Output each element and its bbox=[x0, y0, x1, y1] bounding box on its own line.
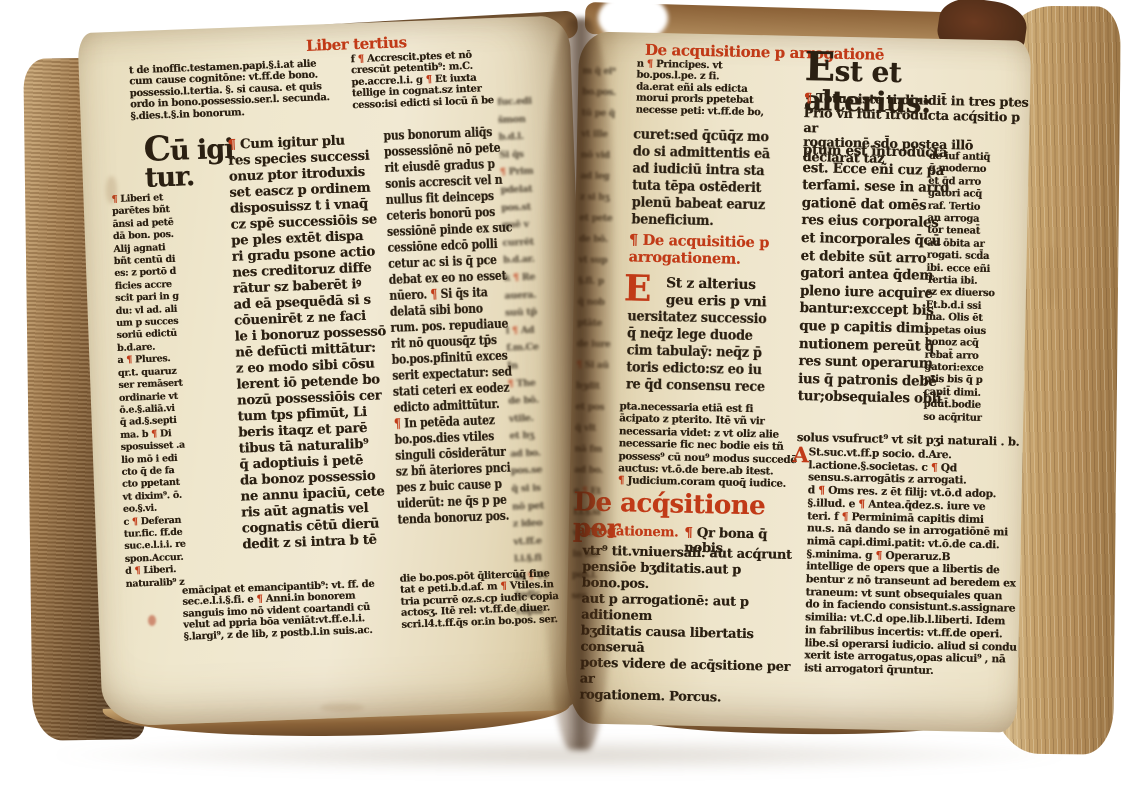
right-col1-top-notes: n ¶ Principes. vt bo.pos.l.pe. z fi. da.… bbox=[636, 59, 805, 120]
left-text-column-1: ¶ Cum igitur plu res species successi on… bbox=[227, 132, 410, 554]
right-est-rest-lines: uersitatez successio q̄ neq̄z lege duode… bbox=[626, 308, 784, 396]
left-bottom-note-b: die bo.pos.pōt q̄litercūq̄ fine tat e pe… bbox=[399, 567, 591, 631]
right-page: De acquisitione p arrogationē m q̄ ei⁹ b… bbox=[565, 31, 1031, 732]
right-est-first-lines: St z alterius geu eris p vni bbox=[665, 275, 796, 312]
book-photo: { "palette":{ "background":"#ffffff","pa… bbox=[0, 0, 1142, 792]
left-top-note-a: t de inoffic.testamen.papi.§.i.at alie c… bbox=[129, 58, 343, 123]
right-col1-bottom-paragraph: vtr⁹ tit.vniuersali. aut acq́runt pensiō… bbox=[579, 544, 802, 709]
lombard-initial-a: A bbox=[792, 444, 808, 465]
right-margin-notes: de iuf antiq̄ q̄ moderno et q̄d arro gat… bbox=[923, 151, 1025, 426]
right-bottom-block: St.suc.vt.ff.p socio. d.Are. l.actione.§… bbox=[804, 446, 1023, 679]
left-page: Liber tertius t de inoffic.testamen.papi… bbox=[77, 15, 594, 727]
left-bottom-note-a: emācipat et emancipantib⁹: vt. ff. de se… bbox=[182, 577, 419, 643]
left-gutter-column: fuc.edi s̄mon b.d.l. Si q̄s ¶ Prim pdela… bbox=[497, 92, 578, 622]
lombard-initial-e: E bbox=[624, 270, 652, 307]
right-section-heading: ¶ De acquisitiōe p arrogationem. bbox=[628, 232, 799, 269]
book-shadow bbox=[40, 738, 1080, 772]
right-col1-paragraph: curet:sed q̄cūq̄z mo do si admittentis e… bbox=[631, 126, 784, 231]
left-margin-notes: ¶ Liberi et parētes bñt ānsi ad petē dā … bbox=[111, 191, 223, 591]
right-col1-small-block: pta.necessaria etiā est fi ācipato z pte… bbox=[618, 400, 820, 491]
